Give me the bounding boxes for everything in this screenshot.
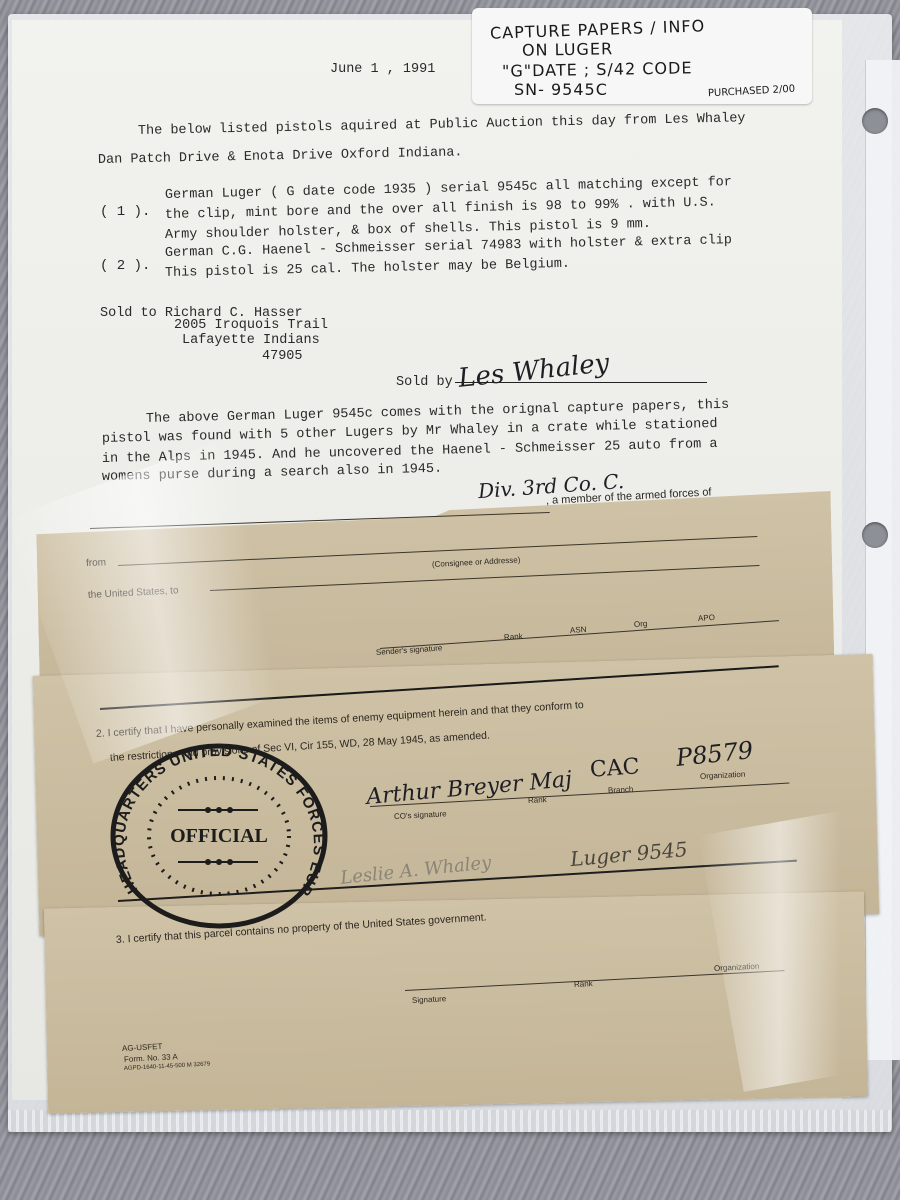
binder-hole <box>862 522 888 548</box>
from-label: from <box>86 557 106 569</box>
co-branch: CAC <box>589 754 640 782</box>
sender-field: Org <box>634 619 648 629</box>
buyer-city: Lafayette Indians <box>182 333 320 348</box>
buyer-zip: 47905 <box>262 349 303 364</box>
sender-field: Rank <box>504 632 523 642</box>
signature-field: Rank <box>574 979 593 989</box>
official-stamp: HEADQUARTERS UNITED STATES FORCES EUROPE… <box>108 740 330 932</box>
label-line: ON LUGER <box>522 39 613 61</box>
item-number: ( 2 ). <box>100 258 150 274</box>
item-number: ( 1 ). <box>100 204 150 220</box>
sender-field: APO <box>698 613 715 623</box>
sender-field: ASN <box>570 625 587 635</box>
binder-hole <box>862 108 888 134</box>
label-line: "G"DATE ; S/42 CODE <box>502 58 693 81</box>
buyer-street: 2005 Iroquois Trail <box>174 318 328 333</box>
handwritten-label: CAPTURE PAPERS / INFO ON LUGER "G"DATE ;… <box>472 8 812 104</box>
co-field: Branch <box>608 785 634 795</box>
signature-field: Signature <box>412 994 447 1005</box>
sold-by-label: Sold by <box>396 375 453 390</box>
svg-text:HEADQUARTERS UNITED STATES FOR: HEADQUARTERS UNITED STATES FORCES EUROPE… <box>108 740 327 900</box>
sold-to-text: Sold to <box>100 306 157 321</box>
signature-line <box>455 382 707 383</box>
svg-text:OFFICIAL: OFFICIAL <box>170 825 268 847</box>
label-line: SN- 9545C <box>514 80 608 100</box>
purchased-note: PURCHASED 2/00 <box>708 80 796 105</box>
co-field: Rank <box>528 795 547 805</box>
letter-date: June 1 , 1991 <box>330 62 435 77</box>
sleeve-perforated-edge <box>8 1110 892 1132</box>
